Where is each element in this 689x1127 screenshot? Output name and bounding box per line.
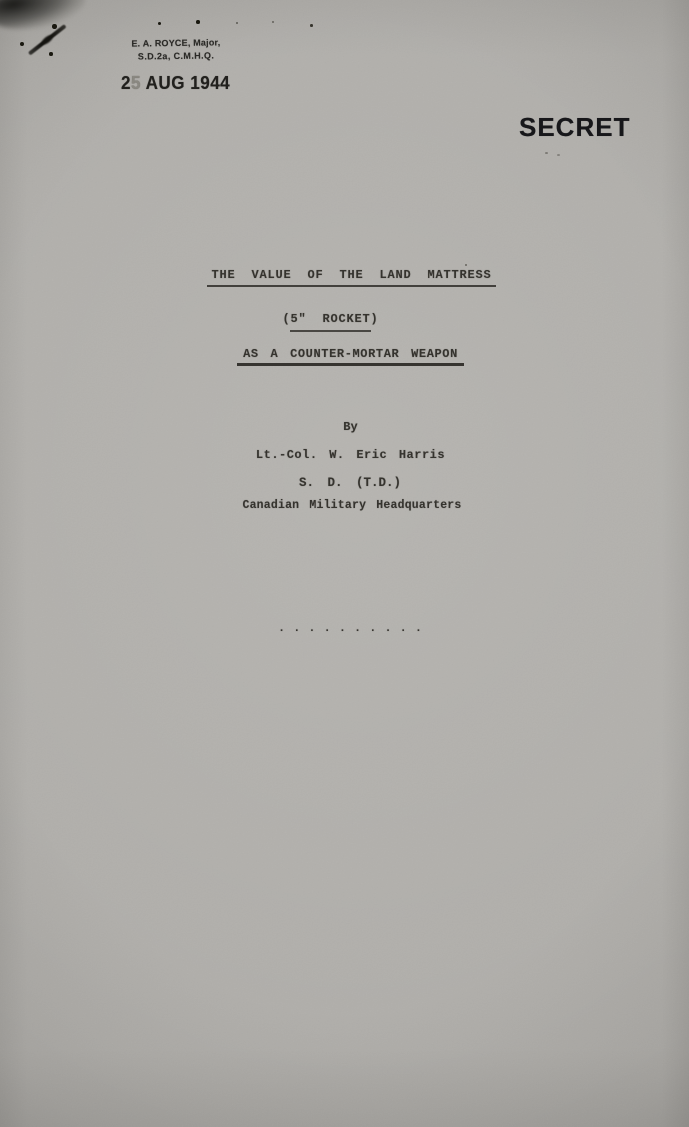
byline-label: By: [0, 421, 689, 433]
date-received-stamp: 25 AUG 1944: [121, 73, 230, 94]
author-name: Lt.-Col. W. Eric Harris: [0, 449, 689, 461]
organization-name: Canadian Military Headquarters: [0, 500, 689, 512]
ink-speck: [272, 21, 274, 23]
dotted-separator: . . . . . . . . . .: [0, 624, 689, 635]
ink-speck: [557, 154, 560, 156]
receipt-stamp: E. A. ROYCE, Major, S.D.2a, C.M.H.Q.: [116, 37, 236, 62]
title-line-3: AS A COUNTER-MORTAR WEAPON: [0, 348, 689, 366]
author-appointment: S. D. (T.D.): [0, 477, 689, 490]
classification-stamp: SECRET: [519, 112, 630, 143]
title-line-2: (5" ROCKET): [0, 313, 689, 325]
ink-speck: [545, 152, 548, 154]
title-line-2-text: 5" ROCKET: [290, 312, 370, 332]
ink-speck: [196, 20, 200, 24]
date-digit: 2: [121, 73, 131, 93]
ink-speck: [52, 24, 57, 29]
receipt-stamp-officer: E. A. ROYCE, Major,: [116, 37, 236, 49]
receipt-stamp-office: S.D.2a, C.M.H.Q.: [116, 50, 236, 62]
ink-speck: [236, 22, 238, 24]
title-line-1: THE VALUE OF THE LAND MATTRESS: [0, 269, 689, 287]
scanned-document-page: { "document": { "classification_stamp": …: [0, 0, 689, 1127]
date-digit-faded: 5: [131, 73, 141, 93]
ink-speck: [310, 24, 313, 27]
ink-speck: [158, 22, 161, 25]
date-month-year: AUG 1944: [141, 73, 230, 93]
paper-background: [0, 0, 689, 1127]
title-line-2-close-paren: ): [371, 312, 379, 326]
ink-speck: [20, 42, 24, 46]
ink-speck: [49, 52, 53, 56]
ink-speck: [465, 264, 467, 266]
